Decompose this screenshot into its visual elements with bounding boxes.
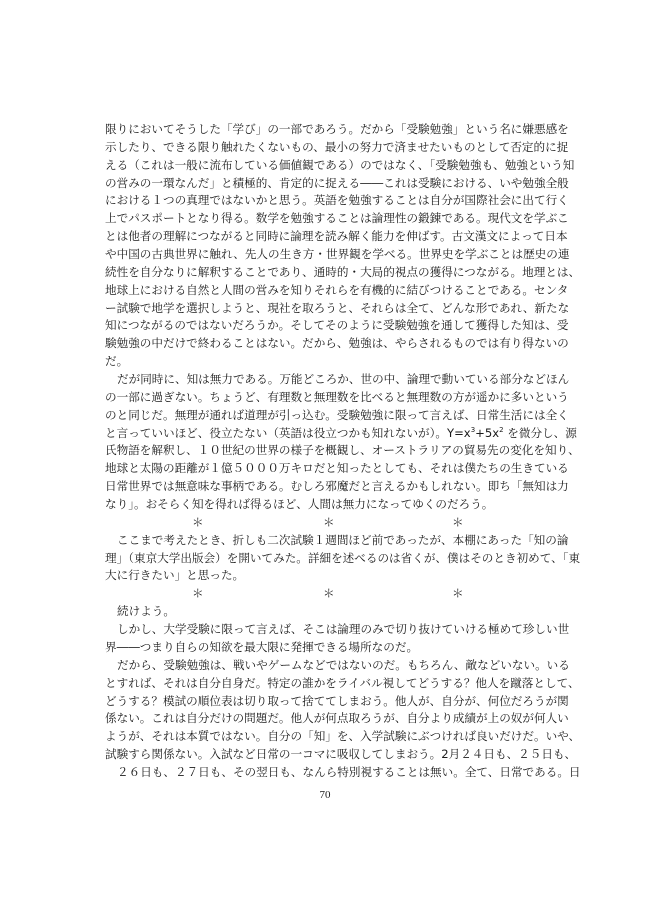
text-line: ここまで考えたとき、折しも二次試験１週間ほど前であったが、本棚にあった「知の論 <box>105 532 549 550</box>
document-page: 限りにおいてそうした「学び」の一部であろう。だから「受験勉強」という名に嫌悪感を… <box>0 0 650 919</box>
text-line: 示したり、できる限り触れたくないもの、最小の努力で済ませたいものとして否定的に捉 <box>105 139 549 157</box>
page-number: 70 <box>0 789 650 801</box>
text-line: 知につながるのではないだろうか。そしてそのように受験勉強を通して獲得した知は、受 <box>105 317 549 335</box>
section-separator: ＊＊＊ <box>105 514 549 532</box>
text-line: 続けよう。 <box>105 603 549 621</box>
text-line: える（これは一般に流布している価値観である）のではなく、「受験勉強も、勉強という… <box>105 157 549 175</box>
asterisk-separator: ＊ <box>452 514 464 532</box>
text-line: 上でパスポートとなり得る。数学を勉強することは論理性の鍛錬である。現代文を学ぶこ <box>105 210 549 228</box>
text-line: 地球上における自然と人間の営みを知りそれらを有機的に結びつけることである。センタ <box>105 282 549 300</box>
text-line: なり」。おそらく知を得れば得るほど、人間は無力になってゆくのだろう。 <box>105 496 549 514</box>
text-line: の一部に過ぎない。ちょうど、有理数と無理数を比べると無理数の方が遥かに多いという <box>105 389 549 407</box>
text-line: ２６日も、２７日も、その翌日も、なんら特別視することは無い。全て、日常である。日 <box>105 764 549 782</box>
text-line: 続性を自分なりに解釈することであり、通時的・大局的視点の獲得につながる。地理とは… <box>105 264 549 282</box>
text-line: とすれば、それは自分自身だ。特定の誰かをライバル視してどうする？他人を蹴落として… <box>105 675 549 693</box>
asterisk-separator: ＊ <box>452 585 464 603</box>
text-fragment: +5x <box>475 426 499 440</box>
asterisk-separator: ＊ <box>323 585 335 603</box>
text-line: 日常世界では無意味な事柄である。むしろ邪魔だと言えるかもしれない。即ち「無知は力 <box>105 478 549 496</box>
text-fragment: と言っていいほど、役立たない（英語は役立つかも知れないが）。Y=x <box>105 426 471 440</box>
text-line: ー試験で地学を選択しようと、現社を取ろうと、それらは全て、どんな形であれ、新たな <box>105 300 549 318</box>
text-fragment: を微分し、源 <box>504 426 577 440</box>
text-line: 地球と太陽の距離が１億５０００万キロだと知ったとしても、それは僕たちの生きている <box>105 460 549 478</box>
text-line: の営みの一環なんだ」と積極的、肯定的に捉える――これは受験における、いや勉強全般 <box>105 175 549 193</box>
text-line: 限りにおいてそうした「学び」の一部であろう。だから「受験勉強」という名に嫌悪感を <box>105 121 549 139</box>
text-line: 試験すら関係ない。入試など日常の一コマに吸収してしまおう。2月２４日も、２５日も… <box>105 746 549 764</box>
section-separator: ＊＊＊ <box>105 585 549 603</box>
text-line: 氏物語を解釈し、１０世紀の世界の様子を概観し、オーストラリアの貿易先の変化を知り… <box>105 442 549 460</box>
text-line: だ。 <box>105 353 549 371</box>
text-line: どうする？模試の順位表は切り取って捨ててしまおう。他人が、自分が、何位だろうが関 <box>105 693 549 711</box>
text-line: 理」（東京大学出版会）を開いてみた。詳細を述べるのは省くが、僕はそのとき初めて、… <box>105 550 549 568</box>
text-line: 係ない。これは自分だけの問題だ。他人が何点取ろうが、自分より成績が上の奴が何人い <box>105 710 549 728</box>
text-line: だから、受験勉強は、戦いやゲームなどではないのだ。もちろん、敵などいない。いる <box>105 657 549 675</box>
text-line: における１つの真理ではないかと思う。英語を勉強することは自分が国際社会に出て行く <box>105 192 549 210</box>
body-text: 限りにおいてそうした「学び」の一部であろう。だから「受験勉強」という名に嫌悪感を… <box>105 121 549 782</box>
text-line: 大に行きたい」と思った。 <box>105 567 549 585</box>
text-line: や中国の古典世界に触れ、先人の生き方・世界観を学べる。世界史を学ぶことは歴史の連 <box>105 246 549 264</box>
asterisk-separator: ＊ <box>323 514 335 532</box>
text-line: とは他者の理解につながると同時に論理を読み解く能力を伸ばす。古文漢文によって日本 <box>105 228 549 246</box>
text-line: だが同時に、知は無力である。万能どころか、世の中、論理で動いている部分などほん <box>105 371 549 389</box>
text-line: ようが、それは本質ではない。自分の「知」を、入学試験にぶつければ良いだけだ。いや… <box>105 728 549 746</box>
asterisk-separator: ＊ <box>192 514 204 532</box>
text-line: 験勉強の中だけで終わることはない。だから、勉強は、やらされるものでは有り得ないの <box>105 335 549 353</box>
text-line: と言っていいほど、役立たない（英語は役立つかも知れないが）。Y=x3+5x2 を… <box>105 425 549 443</box>
text-line: しかし、大学受験に限って言えば、そこは論理のみで切り抜けていける極めて珍しい世 <box>105 621 549 639</box>
asterisk-separator: ＊ <box>192 585 204 603</box>
text-line: 界――つまり自らの知欲を最大限に発揮できる場所なのだ。 <box>105 639 549 657</box>
text-line: のと同じだ。無理が通れば道理が引っ込む。受験勉強に限って言えば、日常生活には全く <box>105 407 549 425</box>
